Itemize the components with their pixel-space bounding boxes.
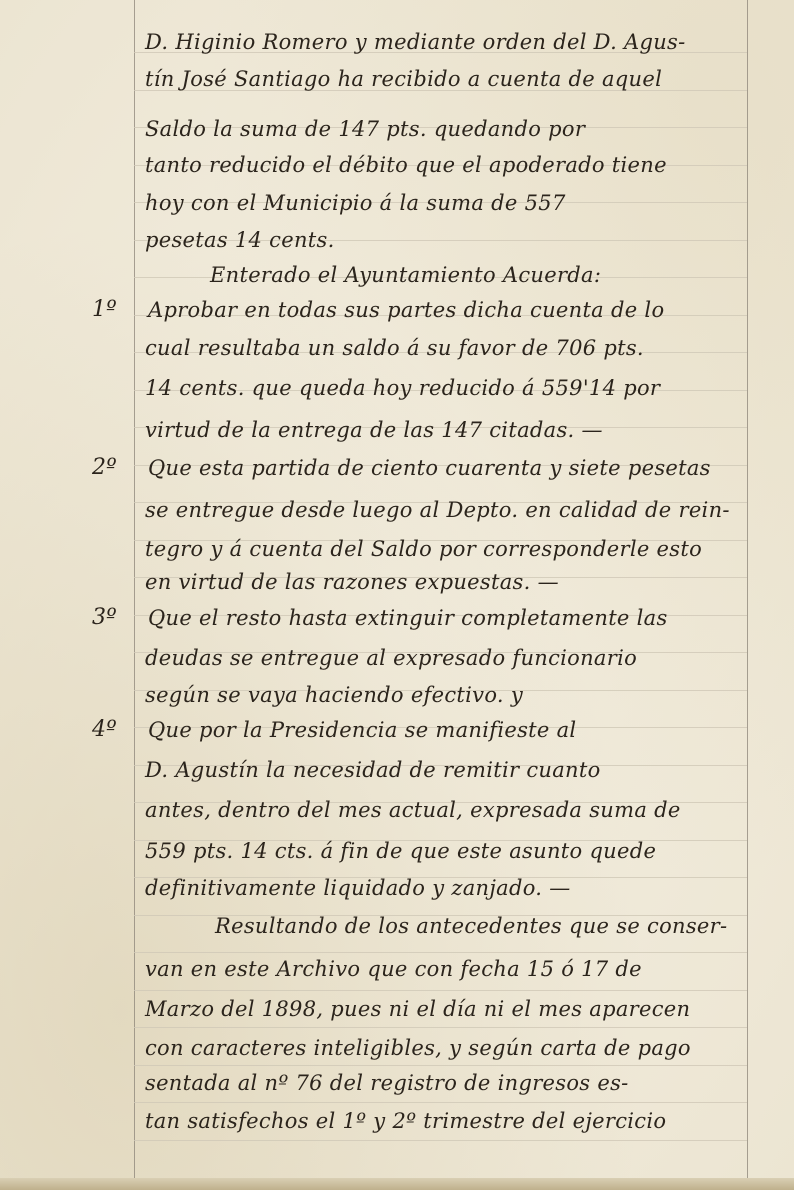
- text-line: D. Higinio Romero y mediante orden del D…: [0, 24, 794, 60]
- text-line: Marzo del 1898, pues ni el día ni el mes…: [0, 991, 794, 1027]
- line-text: D. Higinio Romero y mediante orden del D…: [145, 24, 686, 60]
- line-text: tín José Santiago ha recibido a cuenta d…: [145, 61, 662, 97]
- ruled-line: [134, 1140, 747, 1141]
- line-text: definitivamente liquidado y zanjado. —: [145, 870, 571, 906]
- line-text: con caracteres inteligibles, y según car…: [145, 1030, 691, 1066]
- line-text: tegro y á cuenta del Saldo por correspon…: [145, 531, 702, 567]
- line-text: Aprobar en todas sus partes dicha cuenta…: [148, 292, 664, 328]
- text-line: tan satisfechos el 1º y 2º trimestre del…: [0, 1103, 794, 1139]
- text-line: tanto reducido el débito que el apoderad…: [0, 147, 794, 183]
- line-text: según se vaya haciendo efectivo. y: [145, 677, 523, 713]
- line-text: D. Agustín la necesidad de remitir cuant…: [145, 752, 601, 788]
- line-text: pesetas 14 cents.: [145, 222, 335, 258]
- line-text: tan satisfechos el 1º y 2º trimestre del…: [145, 1103, 666, 1139]
- line-text: 14 cents. que queda hoy reducido á 559'1…: [145, 370, 660, 406]
- text-line: tegro y á cuenta del Saldo por correspon…: [0, 531, 794, 567]
- text-line: 1ºAprobar en todas sus partes dicha cuen…: [0, 292, 794, 328]
- line-text: Que el resto hasta extinguir completamen…: [148, 600, 668, 636]
- line-text: Resultando de los antecedentes que se co…: [215, 908, 727, 944]
- line-text: virtud de la entrega de las 147 citadas.…: [145, 412, 603, 448]
- text-line: en virtud de las razones expuestas. —: [0, 564, 794, 600]
- line-text: van en este Archivo que con fecha 15 ó 1…: [145, 951, 642, 987]
- text-line: antes, dentro del mes actual, expresada …: [0, 792, 794, 828]
- line-text: hoy con el Municipio á la suma de 557: [145, 185, 566, 221]
- line-text: Saldo la suma de 147 pts. quedando por: [145, 111, 585, 147]
- text-line: sentada al nº 76 del registro de ingreso…: [0, 1065, 794, 1101]
- text-line: 3ºQue el resto hasta extinguir completam…: [0, 600, 794, 636]
- text-line: 4ºQue por la Presidencia se manifieste a…: [0, 712, 794, 748]
- text-line: 14 cents. que queda hoy reducido á 559'1…: [0, 370, 794, 406]
- item-number: 4º: [92, 712, 132, 748]
- text-line: hoy con el Municipio á la suma de 557: [0, 185, 794, 221]
- line-text: deudas se entregue al expresado funciona…: [145, 640, 637, 676]
- item-number: 3º: [92, 600, 132, 636]
- text-line: con caracteres inteligibles, y según car…: [0, 1030, 794, 1066]
- line-text: tanto reducido el débito que el apoderad…: [145, 147, 667, 183]
- text-line: tín José Santiago ha recibido a cuenta d…: [0, 61, 794, 97]
- line-text: antes, dentro del mes actual, expresada …: [145, 792, 681, 828]
- text-line: Saldo la suma de 147 pts. quedando por: [0, 111, 794, 147]
- text-line: D. Agustín la necesidad de remitir cuant…: [0, 752, 794, 788]
- text-line: Enterado el Ayuntamiento Acuerda:: [0, 257, 794, 293]
- text-line: según se vaya haciendo efectivo. y: [0, 677, 794, 713]
- manuscript-page: D. Higinio Romero y mediante orden del D…: [0, 0, 794, 1190]
- text-line: 559 pts. 14 cts. á fin de que este asunt…: [0, 833, 794, 869]
- line-text: Que esta partida de ciento cuarenta y si…: [148, 450, 711, 486]
- item-number: 2º: [92, 450, 132, 486]
- text-line: cual resultaba un saldo á su favor de 70…: [0, 330, 794, 366]
- text-line: deudas se entregue al expresado funciona…: [0, 640, 794, 676]
- text-line: se entregue desde luego al Depto. en cal…: [0, 492, 794, 528]
- line-text: Marzo del 1898, pues ni el día ni el mes…: [145, 991, 690, 1027]
- line-text: cual resultaba un saldo á su favor de 70…: [145, 330, 644, 366]
- line-text: Enterado el Ayuntamiento Acuerda:: [210, 257, 601, 293]
- ruled-line: [134, 1027, 747, 1028]
- text-line: definitivamente liquidado y zanjado. —: [0, 870, 794, 906]
- item-number: 1º: [92, 292, 132, 328]
- line-text: se entregue desde luego al Depto. en cal…: [145, 492, 730, 528]
- text-line: virtud de la entrega de las 147 citadas.…: [0, 412, 794, 448]
- line-text: Que por la Presidencia se manifieste al: [148, 712, 576, 748]
- text-line: pesetas 14 cents.: [0, 222, 794, 258]
- line-text: sentada al nº 76 del registro de ingreso…: [145, 1065, 629, 1101]
- text-line: van en este Archivo que con fecha 15 ó 1…: [0, 951, 794, 987]
- line-text: en virtud de las razones expuestas. —: [145, 564, 559, 600]
- text-line: Resultando de los antecedentes que se co…: [0, 908, 794, 944]
- page-bottom-edge: [0, 1178, 794, 1190]
- line-text: 559 pts. 14 cts. á fin de que este asunt…: [145, 833, 656, 869]
- text-line: 2ºQue esta partida de ciento cuarenta y …: [0, 450, 794, 486]
